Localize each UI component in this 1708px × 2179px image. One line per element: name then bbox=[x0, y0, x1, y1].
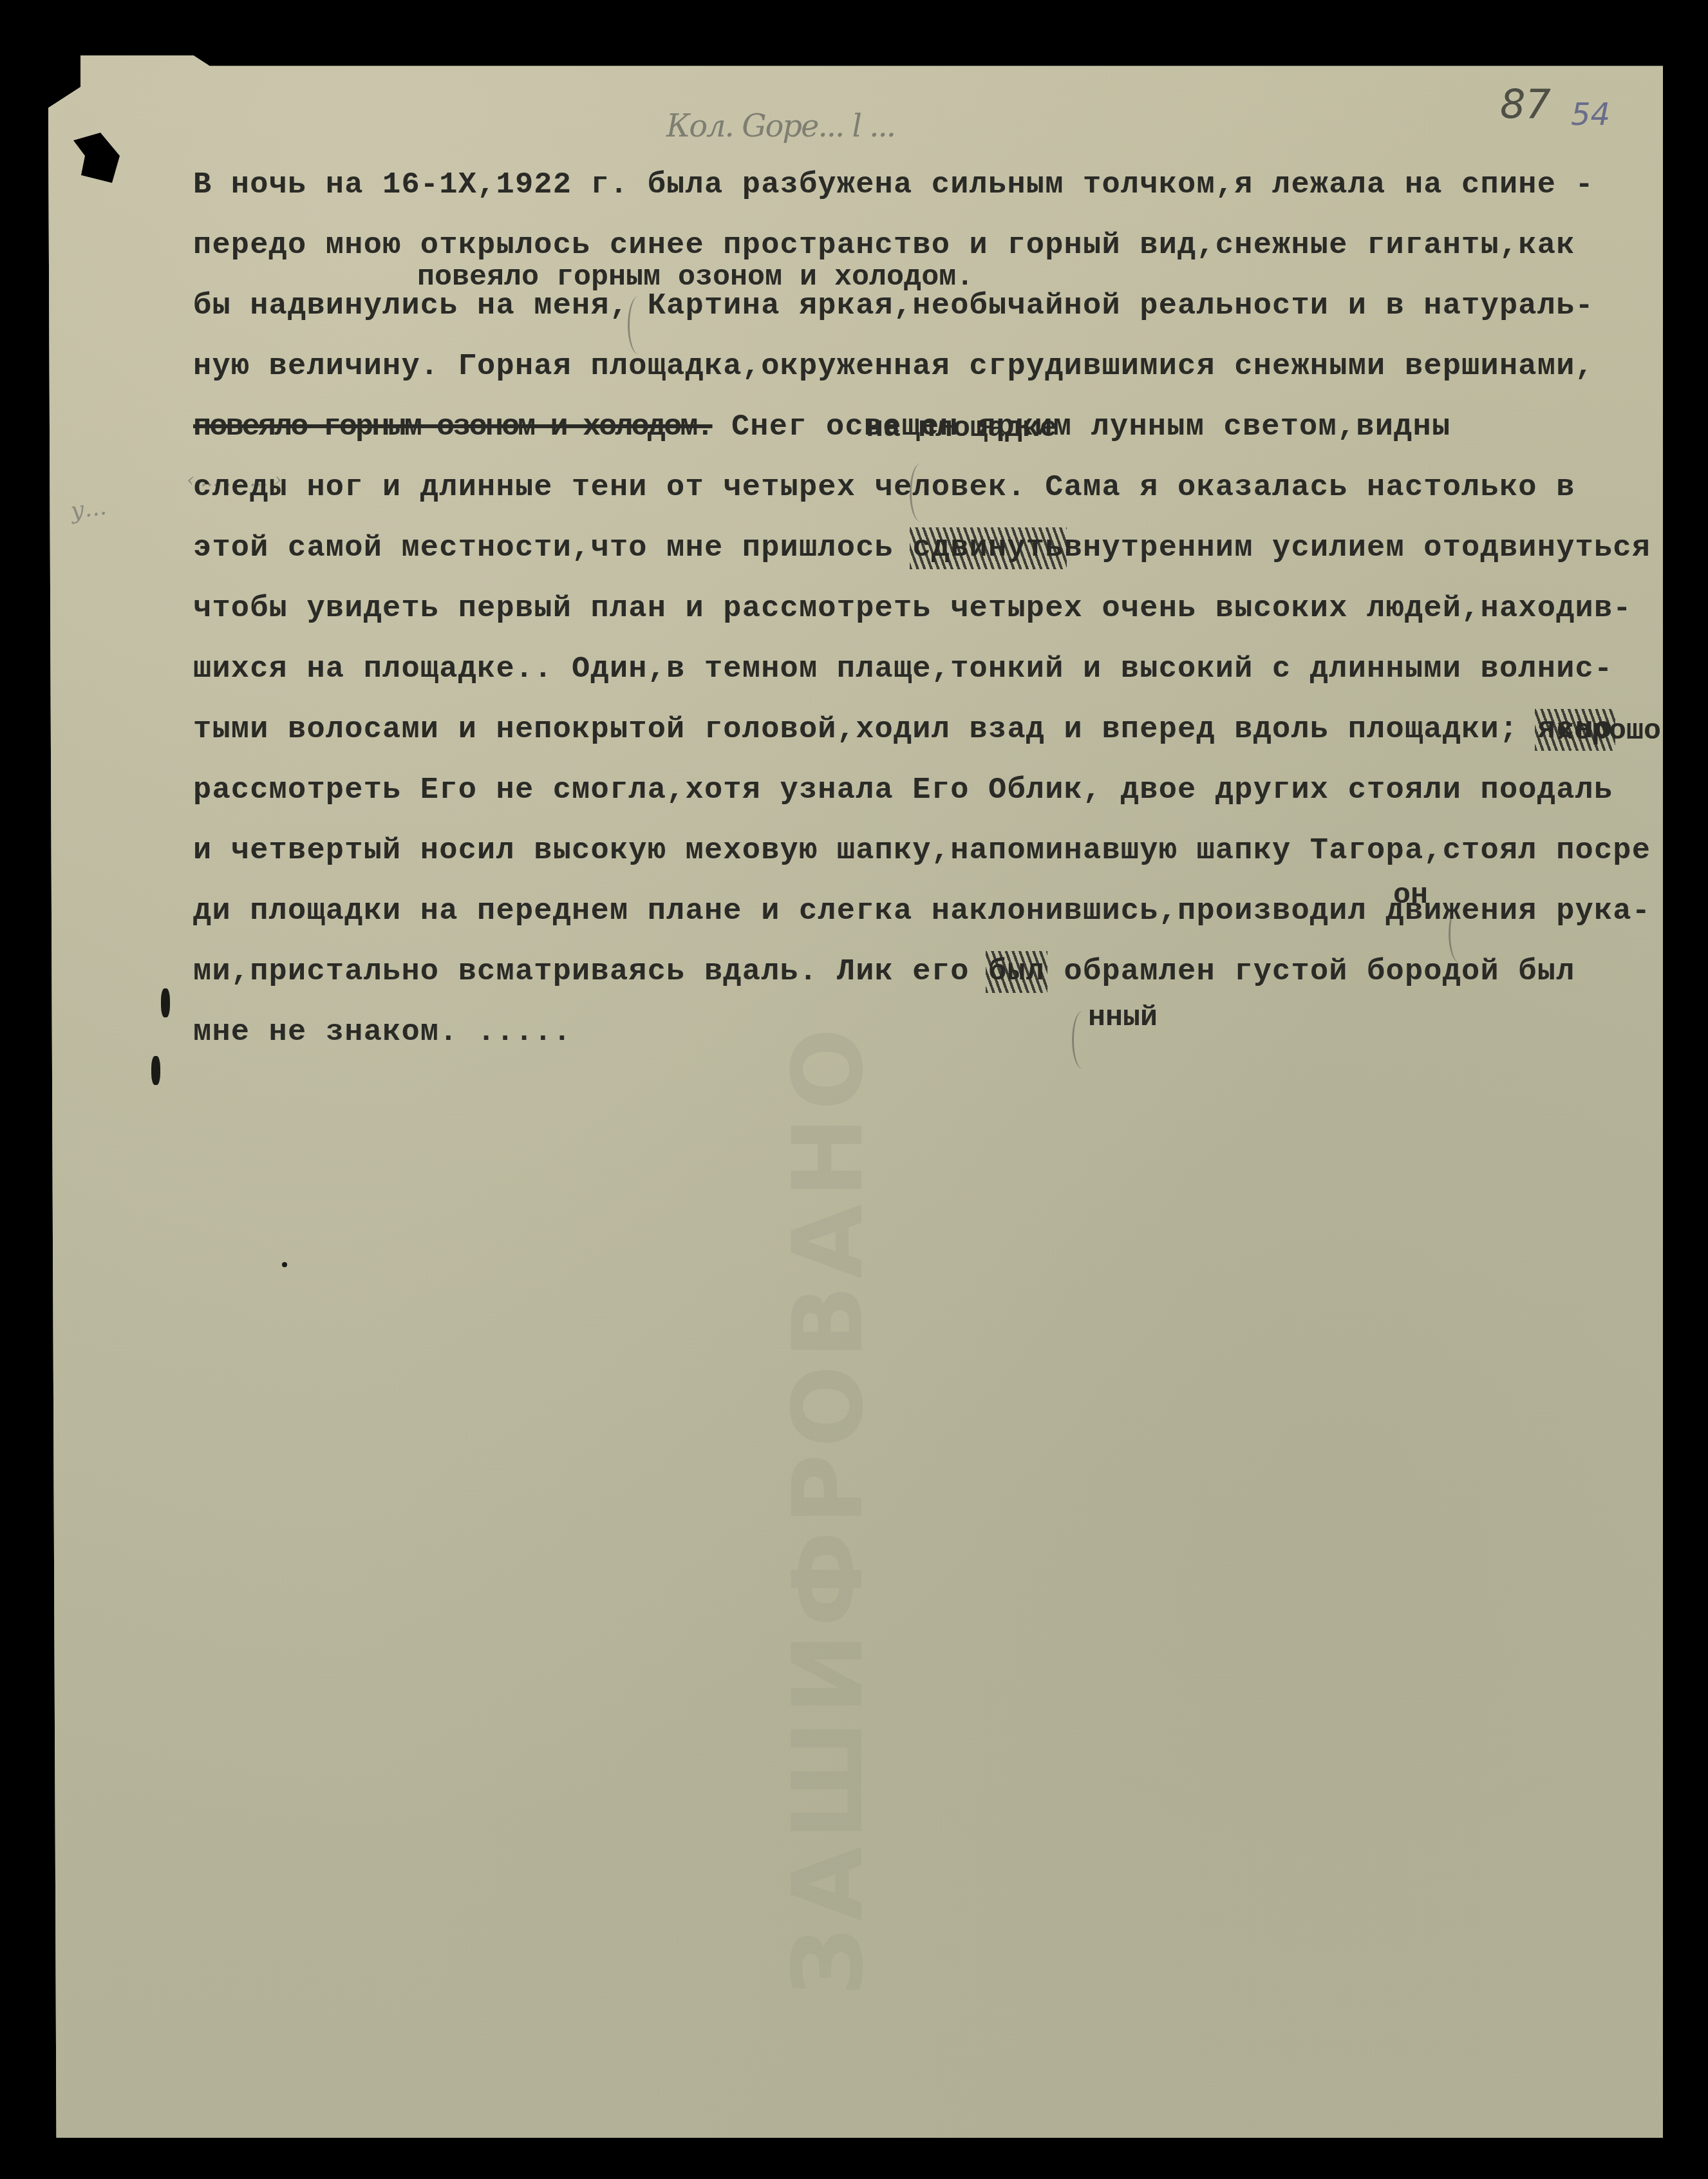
text-line: шихся на площадке.. Один,в темном плаще,… bbox=[193, 650, 1674, 711]
typed-body-text: В ночь на 16-1Х,1922 г. была разбужена с… bbox=[193, 166, 1674, 1074]
margin-spot bbox=[161, 988, 170, 1017]
text-line: следы ног и длинные тени от четырех чело… bbox=[193, 469, 1674, 529]
text-line: повеяло горным озоном и холодом. Снег ос… bbox=[193, 408, 1674, 469]
struck-text: ясно bbox=[1537, 713, 1613, 747]
struck-text: сдвинуть bbox=[912, 531, 1064, 565]
pencil-note-margin: у... bbox=[69, 493, 108, 524]
pencil-note-top: Кол. Gope... l ... bbox=[666, 108, 895, 144]
text-line: рассмотреть Его не смогла,хотя узнала Ег… bbox=[193, 771, 1674, 832]
text-line: этой самой местности,что мне пришлось сд… bbox=[193, 529, 1674, 590]
text-line: ди площадки на переднем плане и слегка н… bbox=[193, 892, 1674, 953]
text-line: мне не знаком. ..... bbox=[193, 1014, 1674, 1074]
text-line: и четвертый носил высокую меховую шапку,… bbox=[193, 832, 1674, 892]
text-line: чтобы увидеть первый план и рассмотреть … bbox=[193, 590, 1674, 650]
text-line: ми,пристально всматриваясь вдаль. Лик ег… bbox=[193, 953, 1674, 1014]
margin-spot bbox=[151, 1056, 160, 1085]
folio-number-old: 54 bbox=[1571, 97, 1610, 133]
margin-spot bbox=[282, 1262, 287, 1267]
text-line: ную величину. Горная площадка,окруженная… bbox=[193, 348, 1674, 408]
struck-text: повеяло горным озоном и холодом. bbox=[193, 410, 713, 444]
text-line: бы надвинулись на меня, Картина яркая,не… bbox=[193, 287, 1674, 348]
text-line: передо мною открылось синее пространство… bbox=[193, 227, 1674, 287]
text-line: В ночь на 16-1Х,1922 г. была разбужена с… bbox=[193, 166, 1674, 227]
folio-number: 87 bbox=[1500, 80, 1551, 127]
struck-text: был bbox=[988, 955, 1045, 989]
text-line: тыми волосами и непокрытой головой,ходил… bbox=[193, 711, 1674, 771]
watermark: ЗАШИФРОВАНО bbox=[773, 1030, 876, 1996]
